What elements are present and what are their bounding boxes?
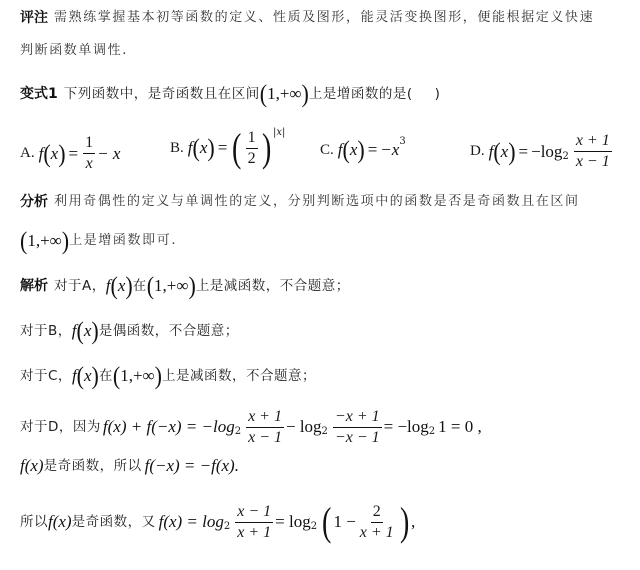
interval-close-paren: ) [302, 83, 309, 106]
solution-odd-fx: f(x) [20, 456, 44, 476]
solution-mono-part2: = log [275, 512, 311, 532]
comment-text: 需熟练掌握基本初等函数的定义、性质及图形，能灵活变换图形，便能根据定义快速 [54, 8, 594, 28]
solution-mono-fraction-1: x − 1x + 1 [235, 503, 273, 542]
option-d-label: D. [470, 143, 485, 160]
numerator: 2 [371, 503, 383, 523]
analysis-text: 利用奇偶性的定义与单调性的定义，分别判断选项中的函数是否是奇函数且在区间 [54, 192, 580, 212]
paren: ) [508, 140, 515, 163]
interval-open-paren: ( [20, 230, 27, 253]
paren: ) [357, 139, 364, 162]
option-d-fraction: x + 1x − 1 [574, 132, 612, 171]
solution-c-interval: 1,+∞ [120, 366, 154, 386]
denominator: x [84, 154, 95, 173]
paren: ( [77, 320, 84, 343]
option-d-log: −log [531, 142, 562, 162]
question-interval: 1,+∞ [267, 84, 301, 104]
solution-odd-mid: 是奇函数，所以 [44, 456, 142, 476]
option-d: D. f(x) = −log2 x + 1x − 1 [470, 132, 614, 171]
log-base: 2 [311, 517, 317, 537]
paren: ) [207, 137, 214, 160]
comment-text-cont: 判断函数单调性. [20, 41, 128, 61]
solution-a-interval: 1,+∞ [154, 276, 188, 296]
paren: ( [343, 139, 350, 162]
solution-label: 解析 [20, 276, 48, 296]
denominator: x − 1 [246, 428, 284, 447]
paren: ( [493, 140, 500, 163]
option-a-eq: = [69, 144, 79, 164]
var: x [84, 321, 92, 341]
solution-d-part2: − log [286, 417, 322, 437]
option-b-var: x [200, 138, 208, 158]
var: x [84, 366, 92, 386]
numerator: 1 [246, 129, 258, 149]
comment-line-1: 评注 需熟练掌握基本初等函数的定义、性质及图形，能灵活变换图形，便能根据定义快速 [20, 8, 594, 28]
solution-a-suffix: 上是减函数，不合题意； [196, 276, 350, 296]
analysis-interval: 1,+∞ [27, 231, 61, 251]
big-paren: ) [400, 502, 409, 542]
comment-label: 评注 [20, 8, 48, 28]
numerator: 1 [83, 134, 95, 154]
paren: ) [92, 365, 99, 388]
solution-d-part4: 1 = 0 , [438, 417, 482, 437]
question-blank-close: ) [435, 84, 441, 104]
solution-b-prefix: 对于B， [20, 321, 72, 341]
solution-line-a: 解析 对于A， f(x) 在 (1,+∞) 上是减函数，不合题意； [20, 276, 350, 296]
paren: ( [147, 275, 154, 298]
comment-line-2: 判断函数单调性. [20, 41, 128, 61]
option-c-rhs: −x [380, 140, 399, 160]
solution-line-d: 对于D，因为 f(x) + f(−x) = −log2 x + 1x − 1 −… [20, 407, 482, 447]
var: x [118, 276, 126, 296]
solution-line-monotonic: 所以 f(x) 是奇函数，又 f(x) = log2 x − 1x + 1 = … [20, 500, 415, 544]
option-b-fraction: 12 [246, 129, 258, 168]
solution-mono-inner: 1 − [333, 512, 355, 532]
big-paren: ( [232, 128, 241, 168]
solution-mono-fx: f(x) [48, 512, 72, 532]
log-base: 2 [235, 422, 241, 442]
options-row: A. f(x) = 1x − x B. f(x) = (12)|x| C. f(… [20, 128, 640, 174]
paren: ) [58, 142, 65, 165]
log-base: 2 [562, 151, 568, 162]
option-c-exponent: 3 [399, 136, 405, 147]
denominator: 2 [246, 149, 258, 168]
paren: ( [110, 275, 117, 298]
solution-c-mid: 在 [99, 366, 113, 386]
paren: ) [188, 275, 195, 298]
paren: ) [125, 275, 132, 298]
solution-mono-prefix: 所以 [20, 512, 48, 532]
denominator: x + 1 [358, 523, 396, 542]
denominator: x + 1 [235, 523, 273, 542]
option-c: C. f(x) = −x3 [320, 140, 406, 160]
paren: ( [77, 365, 84, 388]
solution-a-prefix: 对于A， [54, 276, 106, 296]
option-a: A. f(x) = 1x − x [20, 134, 120, 173]
option-c-label: C. [320, 142, 334, 159]
analysis-label: 分析 [20, 192, 48, 212]
solution-mono-fraction-2: 2x + 1 [358, 503, 396, 542]
interval-close-paren: ) [62, 230, 69, 253]
question-stem: 变式1 下列函数中，是奇函数且在区间 (1,+∞) 上是增函数的是( ) [20, 84, 440, 104]
option-a-fraction: 1x [83, 134, 95, 173]
option-b: B. f(x) = (12)|x| [170, 128, 285, 168]
solution-d-prefix: 对于D，因为 [20, 417, 101, 437]
numerator: x + 1 [246, 408, 284, 428]
option-a-tail: − x [97, 144, 120, 164]
interval-open-paren: ( [260, 83, 267, 106]
option-b-exponent: |x| [273, 127, 285, 138]
question-label: 变式1 [20, 84, 58, 104]
big-paren: ( [322, 502, 331, 542]
numerator: −x + 1 [333, 408, 382, 428]
log-base: 2 [429, 422, 435, 442]
option-c-var: x [350, 140, 358, 160]
numerator: x − 1 [235, 503, 273, 523]
option-c-eq: = [368, 140, 378, 160]
analysis-line-2: (1,+∞) 上是增函数即可. [20, 231, 177, 251]
solution-odd-expr: f(−x) = −f(x). [145, 456, 239, 476]
solution-mono-tail: , [411, 512, 415, 532]
option-a-label: A. [20, 145, 35, 162]
solution-line-b: 对于B， f(x) 是偶函数，不合题意； [20, 321, 239, 341]
big-paren: ) [262, 128, 271, 168]
paren: ( [43, 142, 50, 165]
solution-c-prefix: 对于C， [20, 366, 72, 386]
solution-d-fraction-1: x + 1x − 1 [246, 408, 284, 447]
option-b-eq: = [218, 138, 228, 158]
solution-d-part3: = −log [384, 417, 429, 437]
numerator: x + 1 [574, 132, 612, 152]
denominator: −x − 1 [333, 428, 382, 447]
analysis-text-cont: 上是增函数即可. [69, 231, 177, 251]
option-b-label: B. [170, 140, 184, 157]
solution-b-suffix: 是偶函数，不合题意； [99, 321, 239, 341]
solution-a-mid: 在 [133, 276, 147, 296]
log-base: 2 [322, 422, 328, 442]
paren: ) [155, 365, 162, 388]
solution-mono-mid: 是奇函数，又 [72, 512, 156, 532]
paren: ( [113, 365, 120, 388]
solution-line-c: 对于C， f(x) 在 (1,+∞) 上是减函数，不合题意； [20, 366, 316, 386]
question-stem-before: 下列函数中，是奇函数且在区间 [64, 84, 260, 104]
solution-d-fraction-2: −x + 1−x − 1 [333, 408, 382, 447]
solution-c-suffix: 上是减函数，不合题意； [162, 366, 316, 386]
paren: ( [193, 137, 200, 160]
solution-mono-part1: f(x) = log [159, 512, 224, 532]
question-stem-after: 上是增函数的是( [309, 84, 413, 104]
option-a-var: x [51, 144, 59, 164]
denominator: x − 1 [574, 152, 612, 171]
paren: ) [91, 320, 98, 343]
analysis-line-1: 分析 利用奇偶性的定义与单调性的定义，分别判断选项中的函数是否是奇函数且在区间 [20, 192, 580, 212]
option-d-var: x [501, 142, 509, 162]
option-d-eq: = [519, 142, 529, 162]
solution-d-part1: f(x) + f(−x) = −log [103, 417, 235, 437]
log-base: 2 [224, 517, 230, 537]
solution-line-odd: f(x) 是奇函数，所以 f(−x) = −f(x). [20, 456, 239, 476]
